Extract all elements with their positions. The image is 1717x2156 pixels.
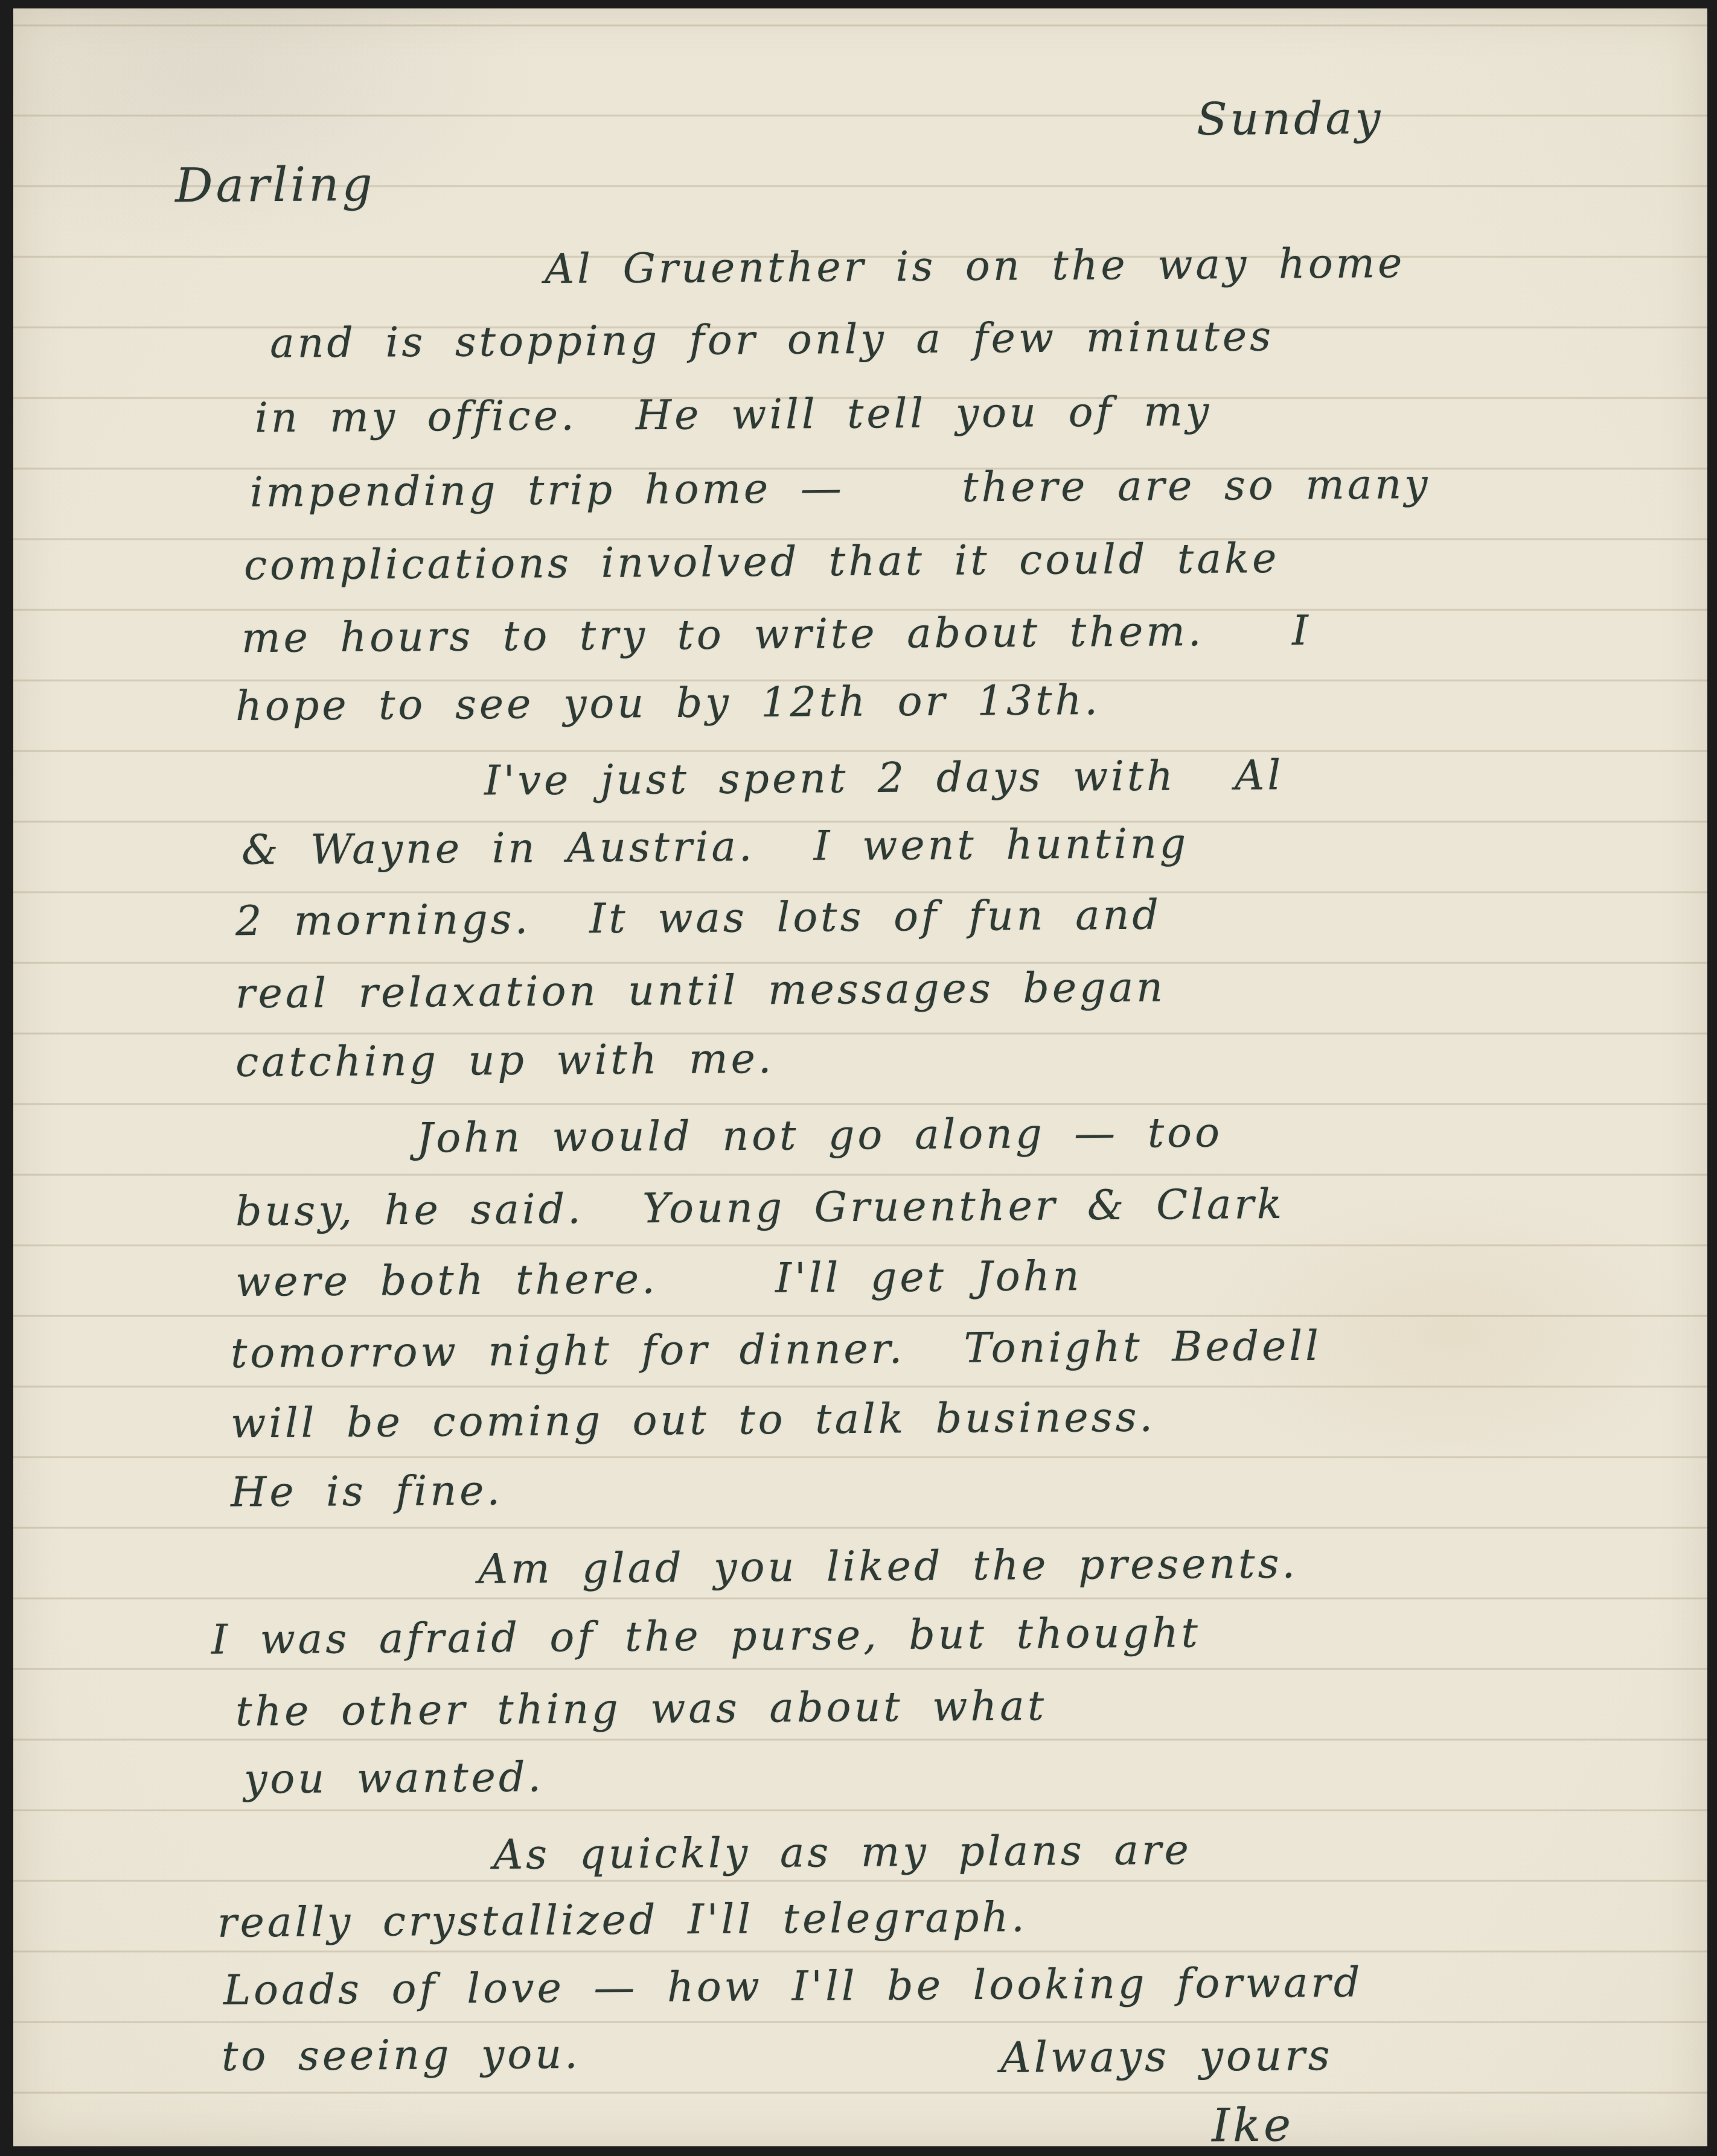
body-line: were both there. I'll get John (235, 1252, 1082, 1306)
salutation: Darling (175, 158, 376, 213)
body-line: in my office. He will tell you of my (255, 388, 1212, 442)
body-line: hope to see you by 12th or 13th. (235, 677, 1101, 730)
body-line: Am glad you liked the presents. (478, 1540, 1299, 1593)
body-line: & Wayne in Austria. I went hunting (241, 820, 1189, 875)
body-line: really crystallized I'll telegraph. (217, 1893, 1028, 1947)
body-line: to seeing you. (222, 2030, 581, 2081)
body-line: Loads of love — how I'll be looking forw… (223, 1959, 1363, 2014)
body-line: you wanted. (244, 1753, 545, 1803)
body-line: impending trip home — there are so many (250, 461, 1431, 517)
body-line: complications involved that it could tak… (244, 535, 1280, 590)
scan-background: Sunday Darling Al Gruenther is on the wa… (0, 0, 1717, 2156)
body-line: the other thing was about what (235, 1682, 1047, 1735)
body-line: He is fine. (231, 1467, 504, 1516)
body-line: catching up with me. (235, 1035, 775, 1086)
closing: Always yours (1000, 2030, 1333, 2082)
body-line: me hours to try to write about them. I (241, 607, 1312, 662)
body-line: Al Gruenther is on the way home (545, 240, 1405, 293)
signature: Ike (1212, 2098, 1294, 2152)
body-line: I was afraid of the purse, but thought (211, 1609, 1201, 1663)
body-line: As quickly as my plans are (493, 1826, 1192, 1879)
body-line: and is stopping for only a few minutes (270, 313, 1274, 368)
body-line: busy, he said. Young Gruenther & Clark (235, 1181, 1285, 1236)
body-line: 2 mornings. It was lots of fun and (235, 891, 1162, 946)
body-line: John would not go along — too (417, 1109, 1223, 1162)
letter-paper: Sunday Darling Al Gruenther is on the wa… (13, 8, 1707, 2146)
body-line: tomorrow night for dinner. Tonight Bedel… (231, 1322, 1322, 1378)
body-line: will be coming out to talk business. (231, 1394, 1156, 1448)
date-line: Sunday (1197, 92, 1384, 145)
body-line: real relaxation until messages began (235, 964, 1166, 1018)
body-line: I've just spent 2 days with Al (484, 751, 1284, 805)
